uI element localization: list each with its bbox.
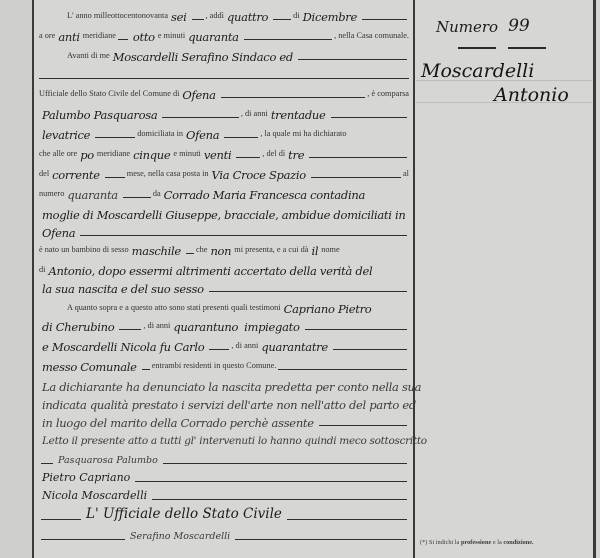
line-officer: Avanti di me Moscardelli Serafino Sindac… [39, 46, 409, 64]
birth-minutes: venti [201, 150, 235, 162]
signature-witness-2: Nicola Moscardelli [39, 486, 409, 504]
record-number-value: 99 [508, 16, 530, 36]
line-annotation-2: indicata qualità prestato i servizi dell… [39, 394, 409, 412]
line-annotation-3: in luogo del marito della Corrado perchè… [39, 412, 409, 430]
line-closing: Letto il presente atto a tutti gl' inter… [39, 430, 409, 448]
record-number: Numero 99 [436, 16, 530, 36]
left-margin [0, 0, 33, 558]
border-right [593, 0, 596, 558]
child-name: Antonio, dopo essermi altrimenti accerta… [45, 266, 375, 278]
mother-name: Corrado Maria Francesca contadina [161, 190, 368, 202]
record-margin-column: Numero 99 Moscardelli Antonio (*) Si ind… [416, 0, 592, 558]
line-residence: Ofena [39, 222, 409, 240]
day-value: quattro [224, 12, 271, 24]
line-address: del corrente mese, nella casa posta in V… [39, 164, 409, 182]
witness-1-age: quarantuno [170, 322, 241, 334]
child-surname: Moscardelli [421, 60, 534, 82]
birth-hour: cinque [130, 150, 173, 162]
line-hour: a ore anti meridiane otto e minuti quara… [39, 26, 409, 44]
witness-2-name: e Moscardelli Nicola fu Carlo [39, 342, 207, 354]
line-witnesses: A quanto sopra e a questo atto sono stat… [39, 298, 409, 316]
ornament-dash [458, 47, 496, 49]
line-witness-1: di Cherubino , di anni quarantuno impieg… [39, 316, 409, 334]
line-birth-time: che alle ore po meridiane cinque e minut… [39, 144, 409, 162]
declarant-name: Palumbo Pasquarosa [39, 110, 160, 122]
signature-declarant: Pasquarosa Palumbo [39, 450, 409, 468]
officer-name: Moscardelli Serafino Sindaco ed [110, 52, 296, 64]
hour-value: otto [130, 32, 158, 44]
record-body: L' anno milleottocentonovanta sei , addì… [35, 0, 411, 558]
ornament-dash [508, 47, 546, 49]
street-value: Via Croce Spazio [209, 170, 309, 182]
line-verification: la sua nascita e del suo sesso [39, 278, 409, 296]
year-value: sei [168, 12, 190, 24]
witness-1-profession: impiegato [241, 322, 303, 334]
footnote: (*) Si indichi la professione e la condi… [420, 539, 534, 546]
signature-witness-1: Pietro Capriano [39, 468, 409, 486]
line-declarant: Palumbo Pasquarosa , di anni trentadue [39, 104, 409, 122]
month-value: Dicembre [300, 12, 360, 24]
line-witness-2: e Moscardelli Nicola fu Carlo , di anni … [39, 336, 409, 354]
section-divider [39, 78, 409, 79]
birth-day: tre [285, 150, 307, 162]
line-sex: è nato un bambino di sesso maschile che … [39, 240, 409, 258]
house-number: quaranta [64, 190, 120, 202]
witness-2-age: quarantatre [258, 342, 331, 354]
declarant-age: trentadue [268, 110, 329, 122]
border-divider [413, 0, 415, 558]
line-commune: Ufficiale dello Stato Civile del Comune … [39, 84, 409, 102]
line-child-name: di Antonio, dopo essermi altrimenti acce… [39, 260, 409, 278]
declarant-profession: levatrice [39, 130, 93, 142]
line-witness-2-profession: messo Comunale entrambi residenti in que… [39, 356, 409, 374]
commune-value: Ofena [179, 90, 218, 102]
line-year: L' anno milleottocentonovanta sei , addì… [39, 6, 409, 24]
witness-1-name: Capriano Pietro [281, 304, 375, 316]
border-left [32, 0, 34, 558]
line-house-number: numero quaranta da Corrado Maria Frances… [39, 184, 409, 202]
line-profession: levatrice domiciliata in Ofena , la qual… [39, 124, 409, 142]
sex-value: maschile [129, 246, 184, 258]
line-annotation-1: La dichiarante ha denunciato la nascita … [39, 376, 409, 394]
minutes-value: quaranta [185, 32, 241, 44]
line-parents: moglie di Moscardelli Giuseppe, braccial… [39, 204, 409, 222]
signature-officer: Serafino Moscardelli [39, 526, 409, 544]
signature-officer-title: L' Ufficiale dello Stato Civile [39, 506, 409, 524]
